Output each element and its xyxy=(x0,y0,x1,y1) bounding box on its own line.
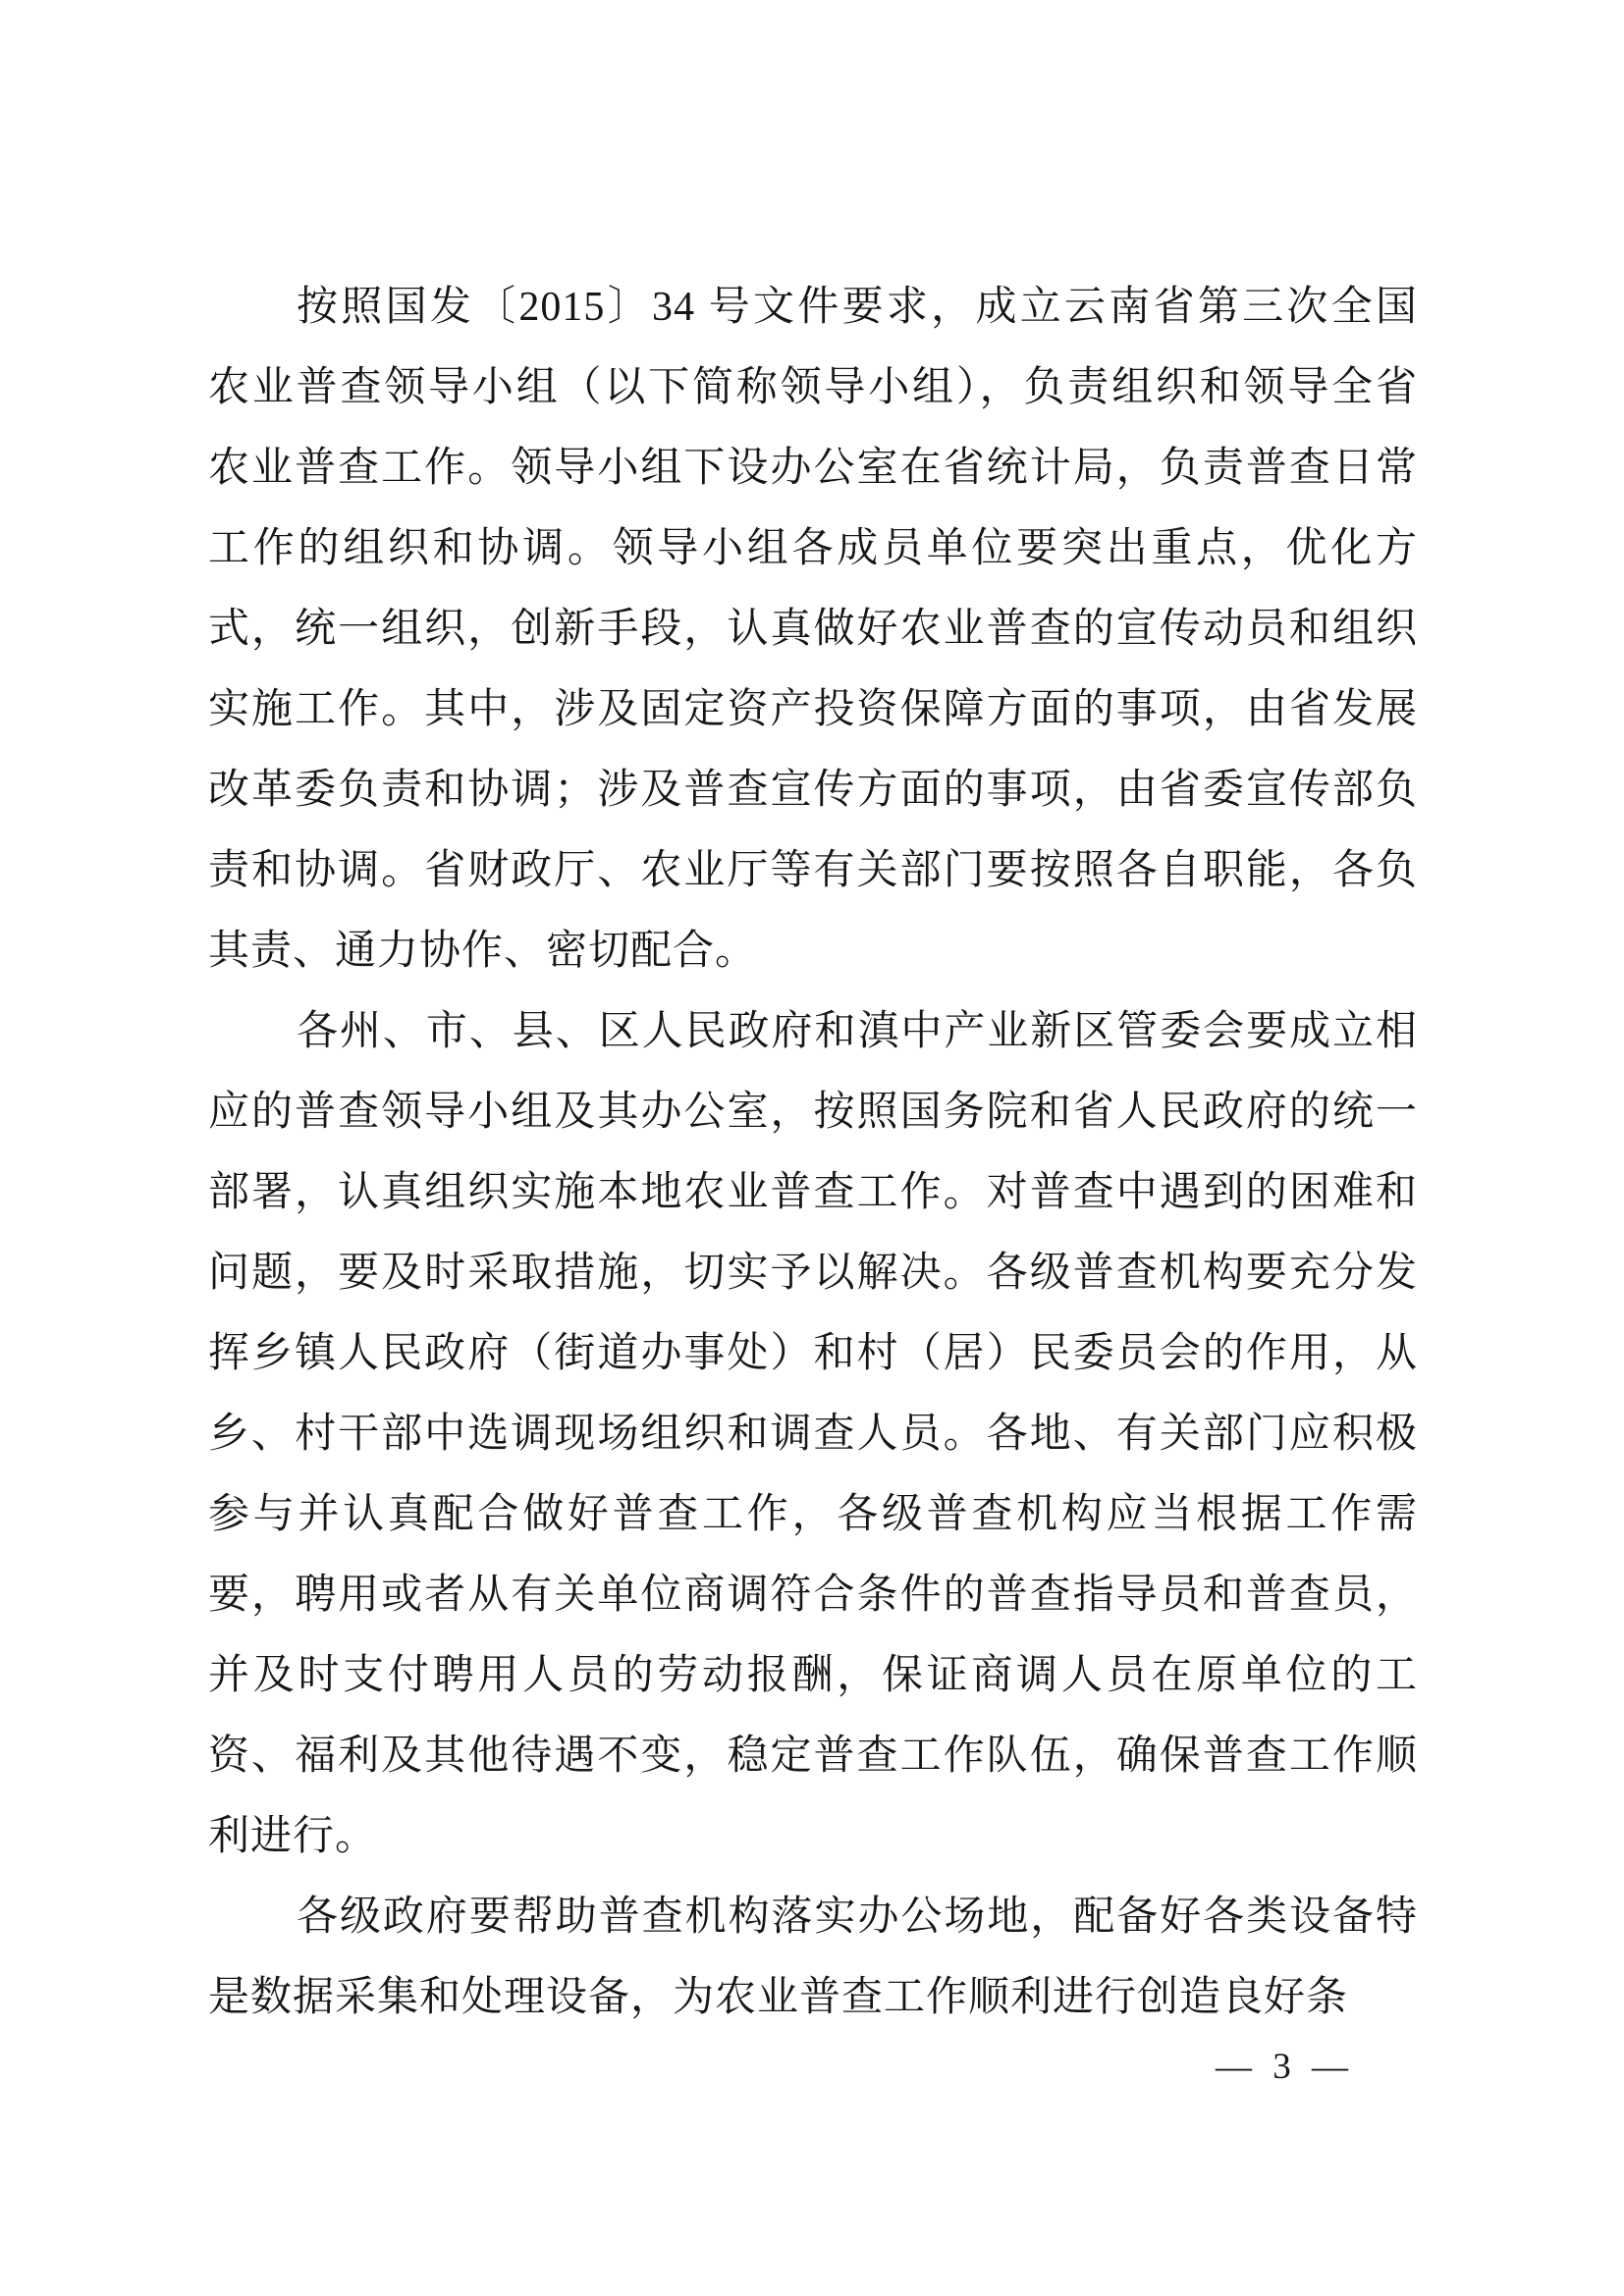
page-number: — 3 — xyxy=(1216,2046,1354,2089)
text-line: 部署，认真组织实施本地农业普查工作。对普查中遇到的困难和 xyxy=(208,1152,1418,1233)
text-line: 农业普查工作。领导小组下设办公室在省统计局，负责普查日常 xyxy=(208,428,1418,508)
text-line: 按照国发〔2015〕34 号文件要求，成立云南省第三次全国 xyxy=(208,267,1418,347)
paragraph-3: 各级政府要帮助普查机构落实办公场地，配备好各类设备特别 是数据采集和处理设备，为… xyxy=(208,1877,1418,2038)
text-line: 各州、市、县、区人民政府和滇中产业新区管委会要成立相 xyxy=(208,991,1418,1072)
text-line: 其责、通力协作、密切配合。 xyxy=(208,911,1418,991)
text-line: 责和协调。省财政厅、农业厅等有关部门要按照各自职能，各负 xyxy=(208,830,1418,911)
text-line: 问题，要及时采取措施，切实予以解决。各级普查机构要充分发 xyxy=(208,1233,1418,1313)
document-text: 按照国发〔2015〕34 号文件要求，成立云南省第三次全国 农业普查领导小组（以… xyxy=(208,267,1418,2038)
text-line: 乡、村干部中选调现场组织和调查人员。各地、有关部门应积极 xyxy=(208,1394,1418,1474)
text-line: 利进行。 xyxy=(208,1796,1418,1877)
text-line: 资、福利及其他待遇不变，稳定普查工作队伍，确保普查工作顺 xyxy=(208,1716,1418,1796)
text-line: 挥乡镇人民政府（街道办事处）和村（居）民委员会的作用，从 xyxy=(208,1313,1418,1394)
text-line: 改革委负责和协调；涉及普查宣传方面的事项，由省委宣传部负 xyxy=(208,750,1418,830)
paragraph-2: 各州、市、县、区人民政府和滇中产业新区管委会要成立相 应的普查领导小组及其办公室… xyxy=(208,991,1418,1877)
text-line: 农业普查领导小组（以下简称领导小组），负责组织和领导全省 xyxy=(208,347,1418,428)
text-line: 要，聘用或者从有关单位商调符合条件的普查指导员和普查员， xyxy=(208,1555,1418,1635)
text-line: 实施工作。其中，涉及固定资产投资保障方面的事项，由省发展 xyxy=(208,669,1418,750)
text-line: 工作的组织和协调。领导小组各成员单位要突出重点，优化方 xyxy=(208,508,1418,589)
text-line: 参与并认真配合做好普查工作，各级普查机构应当根据工作需 xyxy=(208,1474,1418,1555)
text-line: 并及时支付聘用人员的劳动报酬，保证商调人员在原单位的工 xyxy=(208,1635,1418,1716)
text-line: 式，统一组织，创新手段，认真做好农业普查的宣传动员和组织 xyxy=(208,589,1418,669)
text-line: 各级政府要帮助普查机构落实办公场地，配备好各类设备特别 xyxy=(208,1877,1418,1957)
text-line: 是数据采集和处理设备，为农业普查工作顺利进行创造良好条件。 xyxy=(208,1957,1418,2038)
paragraph-1: 按照国发〔2015〕34 号文件要求，成立云南省第三次全国 农业普查领导小组（以… xyxy=(208,267,1418,991)
document-page: 按照国发〔2015〕34 号文件要求，成立云南省第三次全国 农业普查领导小组（以… xyxy=(0,0,1624,2296)
text-line: 应的普查领导小组及其办公室，按照国务院和省人民政府的统一 xyxy=(208,1072,1418,1152)
